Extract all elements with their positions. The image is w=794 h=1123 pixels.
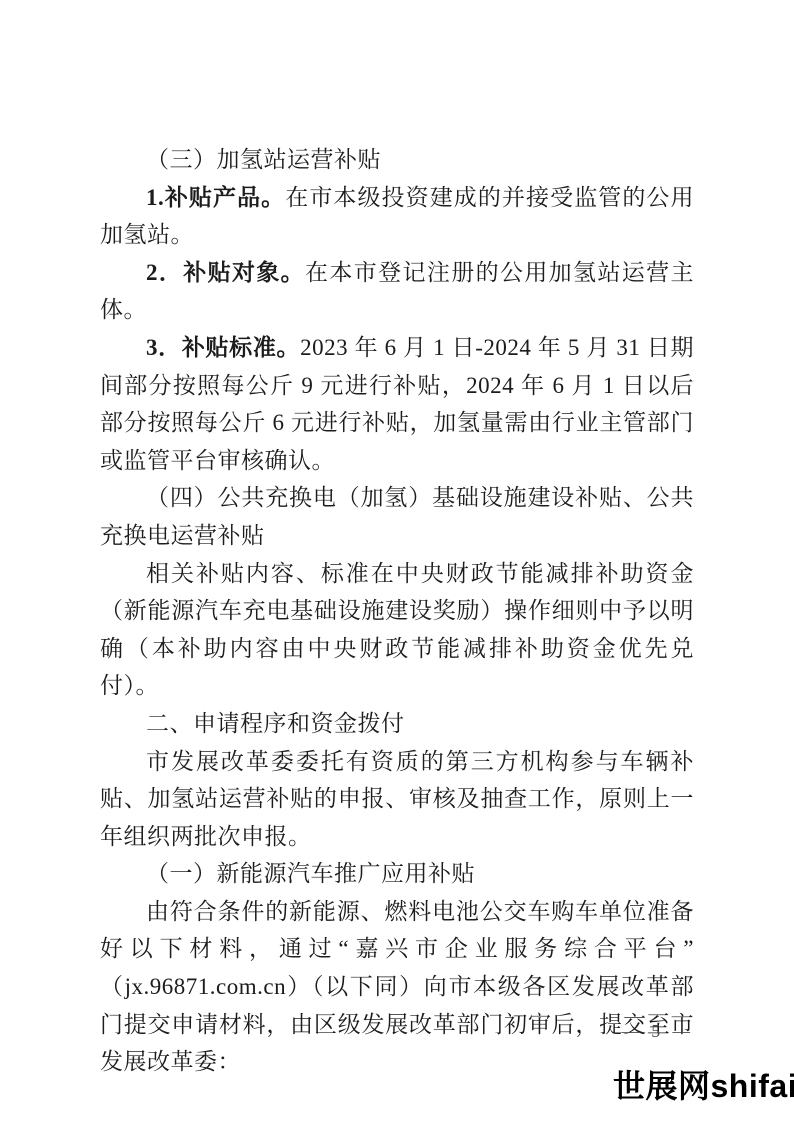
page-number: — 5 — (622, 1020, 695, 1042)
part-heading-application-procedure-and-fund-allocation: 二、申请程序和资金拨付 (100, 705, 694, 743)
paragraph-subsidy-product-lead: 1.补贴产品。 (146, 185, 285, 210)
section-heading-hydrogen-station-operation-subsidy: （三）加氢站运营补贴 (100, 141, 694, 179)
paragraph-subsidy-standard: 3．补贴标准。2023 年 6 月 1 日-2024 年 5 月 31 日期间部… (100, 329, 694, 479)
paragraph-subsidy-target: 2．补贴对象。在本市登记注册的公用加氢站运营主体。 (100, 254, 694, 329)
document-page: （三）加氢站运营补贴 1.补贴产品。在市本级投资建成的并接受监管的公用加氢站。 … (0, 0, 794, 1123)
paragraph-subsidy-product: 1.补贴产品。在市本级投资建成的并接受监管的公用加氢站。 (100, 179, 694, 254)
paragraph-subsidy-target-lead: 2．补贴对象。 (146, 260, 305, 285)
paragraph-subsidy-standard-lead: 3．补贴标准。 (146, 335, 300, 360)
section-heading-nev-promotion-subsidy: （一）新能源汽车推广应用补贴 (100, 855, 694, 893)
paragraph-application-materials: 由符合条件的新能源、燃料电池公交车购车单位准备好以下材料，通过“嘉兴市企业服务综… (100, 893, 694, 1081)
paragraph-central-fund-detail: 相关补贴内容、标准在中央财政节能减排补助资金（新能源汽车充电基础设施建设奖励）操… (100, 555, 694, 705)
watermark-shifair-logo: 世展网shifair. (613, 1066, 794, 1106)
section-heading-public-charging-infrastructure-subsidy: （四）公共充换电（加氢）基础设施建设补贴、公共充换电运营补贴 (100, 479, 694, 554)
paragraph-third-party-agency: 市发展改革委委托有资质的第三方机构参与车辆补贴、加氢站运营补贴的申报、审核及抽查… (100, 743, 694, 856)
document-body: （三）加氢站运营补贴 1.补贴产品。在市本级投资建成的并接受监管的公用加氢站。 … (100, 141, 694, 1081)
